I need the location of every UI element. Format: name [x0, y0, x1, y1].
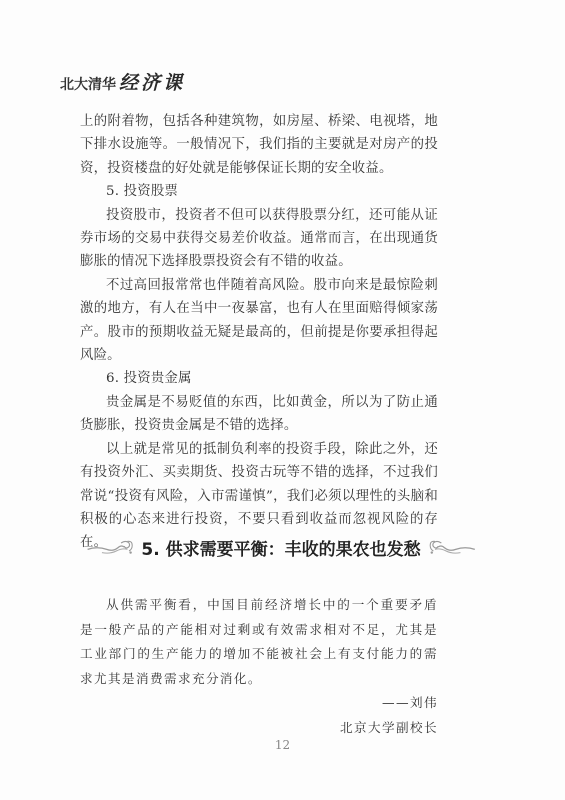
page-number: 12 [0, 738, 565, 752]
subheading-stocks: 5. 投资股票 [80, 180, 438, 203]
epigraph-quote: 从供需平衡看，中国目前经济增长中的一个重要矛盾是一般产品的产能相对过剩或有效需求… [80, 593, 438, 741]
paragraph-continuation: 上的附着物，包括各种建筑物，如房屋、桥梁、电视塔，地下排水设施等。一般情况下，我… [80, 110, 438, 180]
paragraph: 贵金属是不易贬值的东西，比如黄金，所以为了防止通货膨胀，投资贵金属是不错的选择。 [80, 391, 438, 438]
book-series-label: 北大清华 [60, 74, 116, 94]
right-flourish-ornament-icon [427, 536, 476, 558]
left-flourish-ornament-icon [86, 536, 135, 558]
paragraph: 投资股市，投资者不但可以获得股票分红，还可能从证券市场的交易中获得交易差价收益。… [80, 204, 438, 274]
running-header: 北大清华 经济课 [60, 68, 185, 95]
book-title: 经济课 [119, 68, 185, 95]
quote-author: ——刘伟 [80, 691, 438, 716]
body-text: 上的附着物，包括各种建筑物，如房屋、桥梁、电视塔，地下排水设施等。一般情况下，我… [80, 110, 438, 555]
section-title: 5. 供求需要平衡：丰收的果农也发愁 [141, 535, 420, 560]
quote-text: 从供需平衡看，中国目前经济增长中的一个重要矛盾是一般产品的产能相对过剩或有效需求… [80, 593, 438, 691]
paragraph: 不过高回报常常也伴随着高风险。股市向来是最惊险刺激的地方，有人在当中一夜暴富，也… [80, 274, 438, 368]
quote-author-title: 北京大学副校长 [80, 716, 438, 741]
section-heading: 5. 供求需要平衡：丰收的果农也发愁 [86, 533, 476, 561]
subheading-precious-metals: 6. 投资贵金属 [80, 367, 438, 390]
